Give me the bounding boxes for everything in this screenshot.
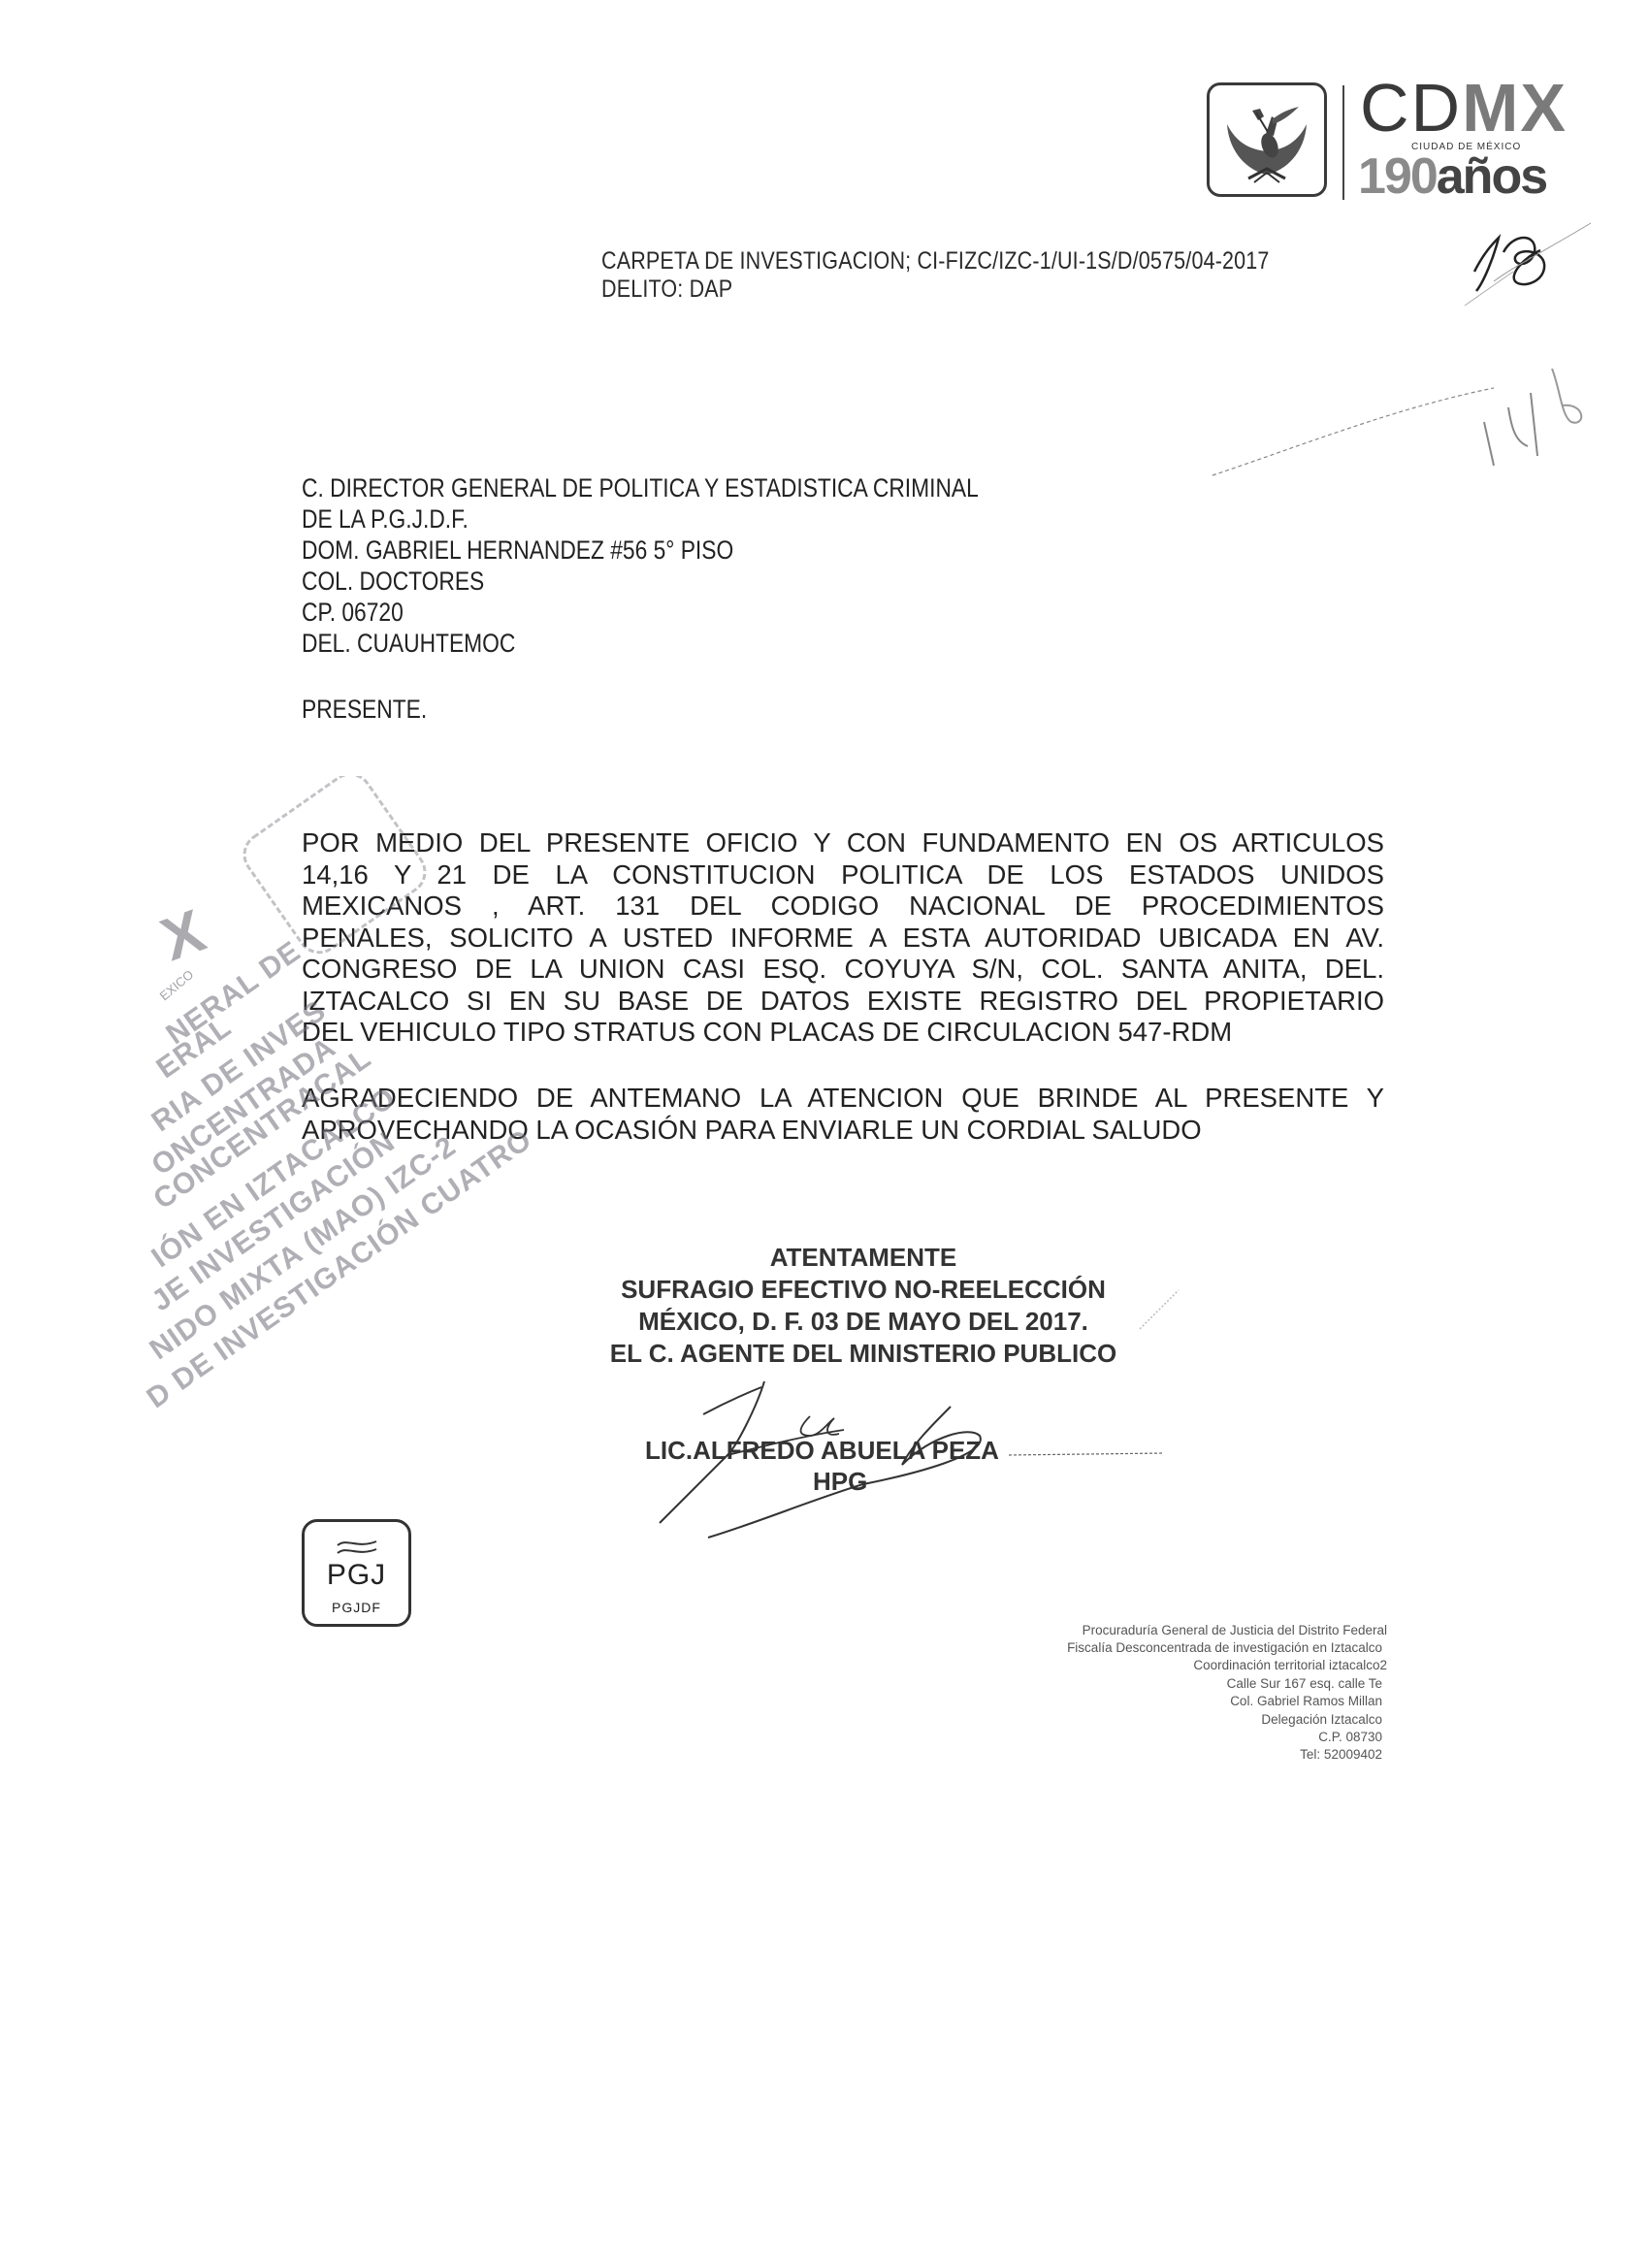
- stamp-logo-sub: EXICO: [157, 967, 197, 1004]
- pencil-mark: [1135, 1280, 1193, 1339]
- footer-line: Procuraduría General de Justicia del Dis…: [1083, 1622, 1387, 1640]
- pgj-waves-icon: [334, 1536, 382, 1561]
- cdmx-wordmark-mx: MX: [1462, 70, 1568, 146]
- footer-line: Tel: 52009402: [1300, 1746, 1382, 1765]
- handwritten-folio-146: [1203, 349, 1591, 485]
- body-line: MEXICANOS , ART. 131 DEL CODIGO NACIONAL…: [302, 891, 1384, 923]
- closing-line-attentively: ATENTAMENTE: [456, 1242, 1271, 1274]
- body-line: IZTACALCO SI EN SU BASE DE DATOS EXISTE …: [302, 986, 1384, 1018]
- footer-line: Coordinación territorial iztacalco2: [1193, 1657, 1387, 1675]
- body-line: CONGRESO DE LA UNION CASI ESQ. COYUYA S/…: [302, 954, 1384, 986]
- footer-line: C.P. 08730: [1318, 1729, 1382, 1747]
- handwritten-folio-280: [1455, 213, 1600, 320]
- addressee-line: C. DIRECTOR GENERAL DE POLITICA Y ESTADI…: [302, 473, 979, 503]
- body-paragraph-thanks: AGRADECIENDO DE ANTEMANO LA ATENCION QUE…: [302, 1083, 1384, 1146]
- addressee-line: DOM. GABRIEL HERNANDEZ #56 5° PISO: [302, 535, 733, 566]
- cdmx-wordmark: CDMX: [1360, 74, 1568, 142]
- pgj-logo: PGJ PGJDF: [302, 1519, 411, 1627]
- greeting: PRESENTE.: [302, 695, 427, 725]
- footer-line: Col. Gabriel Ramos Millan: [1230, 1693, 1382, 1711]
- cdmx-angel-emblem-icon: [1210, 85, 1324, 194]
- body-line: APROVECHANDO LA OCASIÓN PARA ENVIARLE UN…: [302, 1115, 1384, 1147]
- body-paragraph-request: POR MEDIO DEL PRESENTE OFICIO Y CON FUND…: [302, 827, 1384, 1049]
- stamp-line: NIDO MIXTA (MAO) IZC-2: [144, 1130, 462, 1367]
- addressee-line: DE LA P.G.J.D.F.: [302, 504, 469, 535]
- footer-line: Fiscalía Desconcentrada de investigación…: [1067, 1639, 1382, 1658]
- pgj-caption: PGJDF: [305, 1600, 408, 1615]
- stamp-logo-fragment: X: [153, 897, 213, 974]
- signer-name: LIC.ALFREDO ABUELA PEZA: [645, 1436, 999, 1466]
- stamp-line: JE INVESTIGACIÓN: [145, 1125, 401, 1318]
- footer-line: Delegación Iztacalco: [1261, 1711, 1382, 1730]
- offense-label: DELITO: DAP: [601, 275, 732, 304]
- signer-initials: HPG: [813, 1467, 867, 1497]
- anniversary-number: 190: [1358, 148, 1437, 205]
- cdmx-wordmark-cd: CD: [1360, 70, 1462, 146]
- body-line: DEL VEHICULO TIPO STRATUS CON PLACAS DE …: [302, 1017, 1384, 1049]
- pgj-mark: PGJ: [305, 1559, 408, 1592]
- body-line: PENALES, SOLICITO A USTED INFORME A ESTA…: [302, 923, 1384, 955]
- addressee-line: COL. DOCTORES: [302, 567, 484, 597]
- stamp-line: NERAL DE: [160, 935, 307, 1052]
- body-line: 14,16 Y 21 DE LA CONSTITUCION POLITICA D…: [302, 859, 1384, 891]
- addressee-line: CP. 06720: [302, 598, 404, 628]
- addressee-line: DEL. CUAUHTEMOC: [302, 629, 515, 659]
- anniversary-word: años: [1437, 148, 1546, 205]
- case-number: CARPETA DE INVESTIGACION; CI-FIZC/IZC-1/…: [601, 247, 1270, 275]
- logo-divider: [1342, 85, 1344, 200]
- body-line: POR MEDIO DEL PRESENTE OFICIO Y CON FUND…: [302, 827, 1384, 859]
- anniversary-mark: 190años: [1358, 151, 1546, 202]
- closing-line-title: EL C. AGENTE DEL MINISTERIO PUBLICO: [456, 1338, 1271, 1370]
- cdmx-emblem-logo: [1207, 82, 1327, 197]
- footer-line: Calle Sur 167 esq. calle Te: [1227, 1675, 1382, 1694]
- body-line: AGRADECIENDO DE ANTEMANO LA ATENCION QUE…: [302, 1083, 1384, 1115]
- stamp-line: ERAL: [150, 1011, 238, 1085]
